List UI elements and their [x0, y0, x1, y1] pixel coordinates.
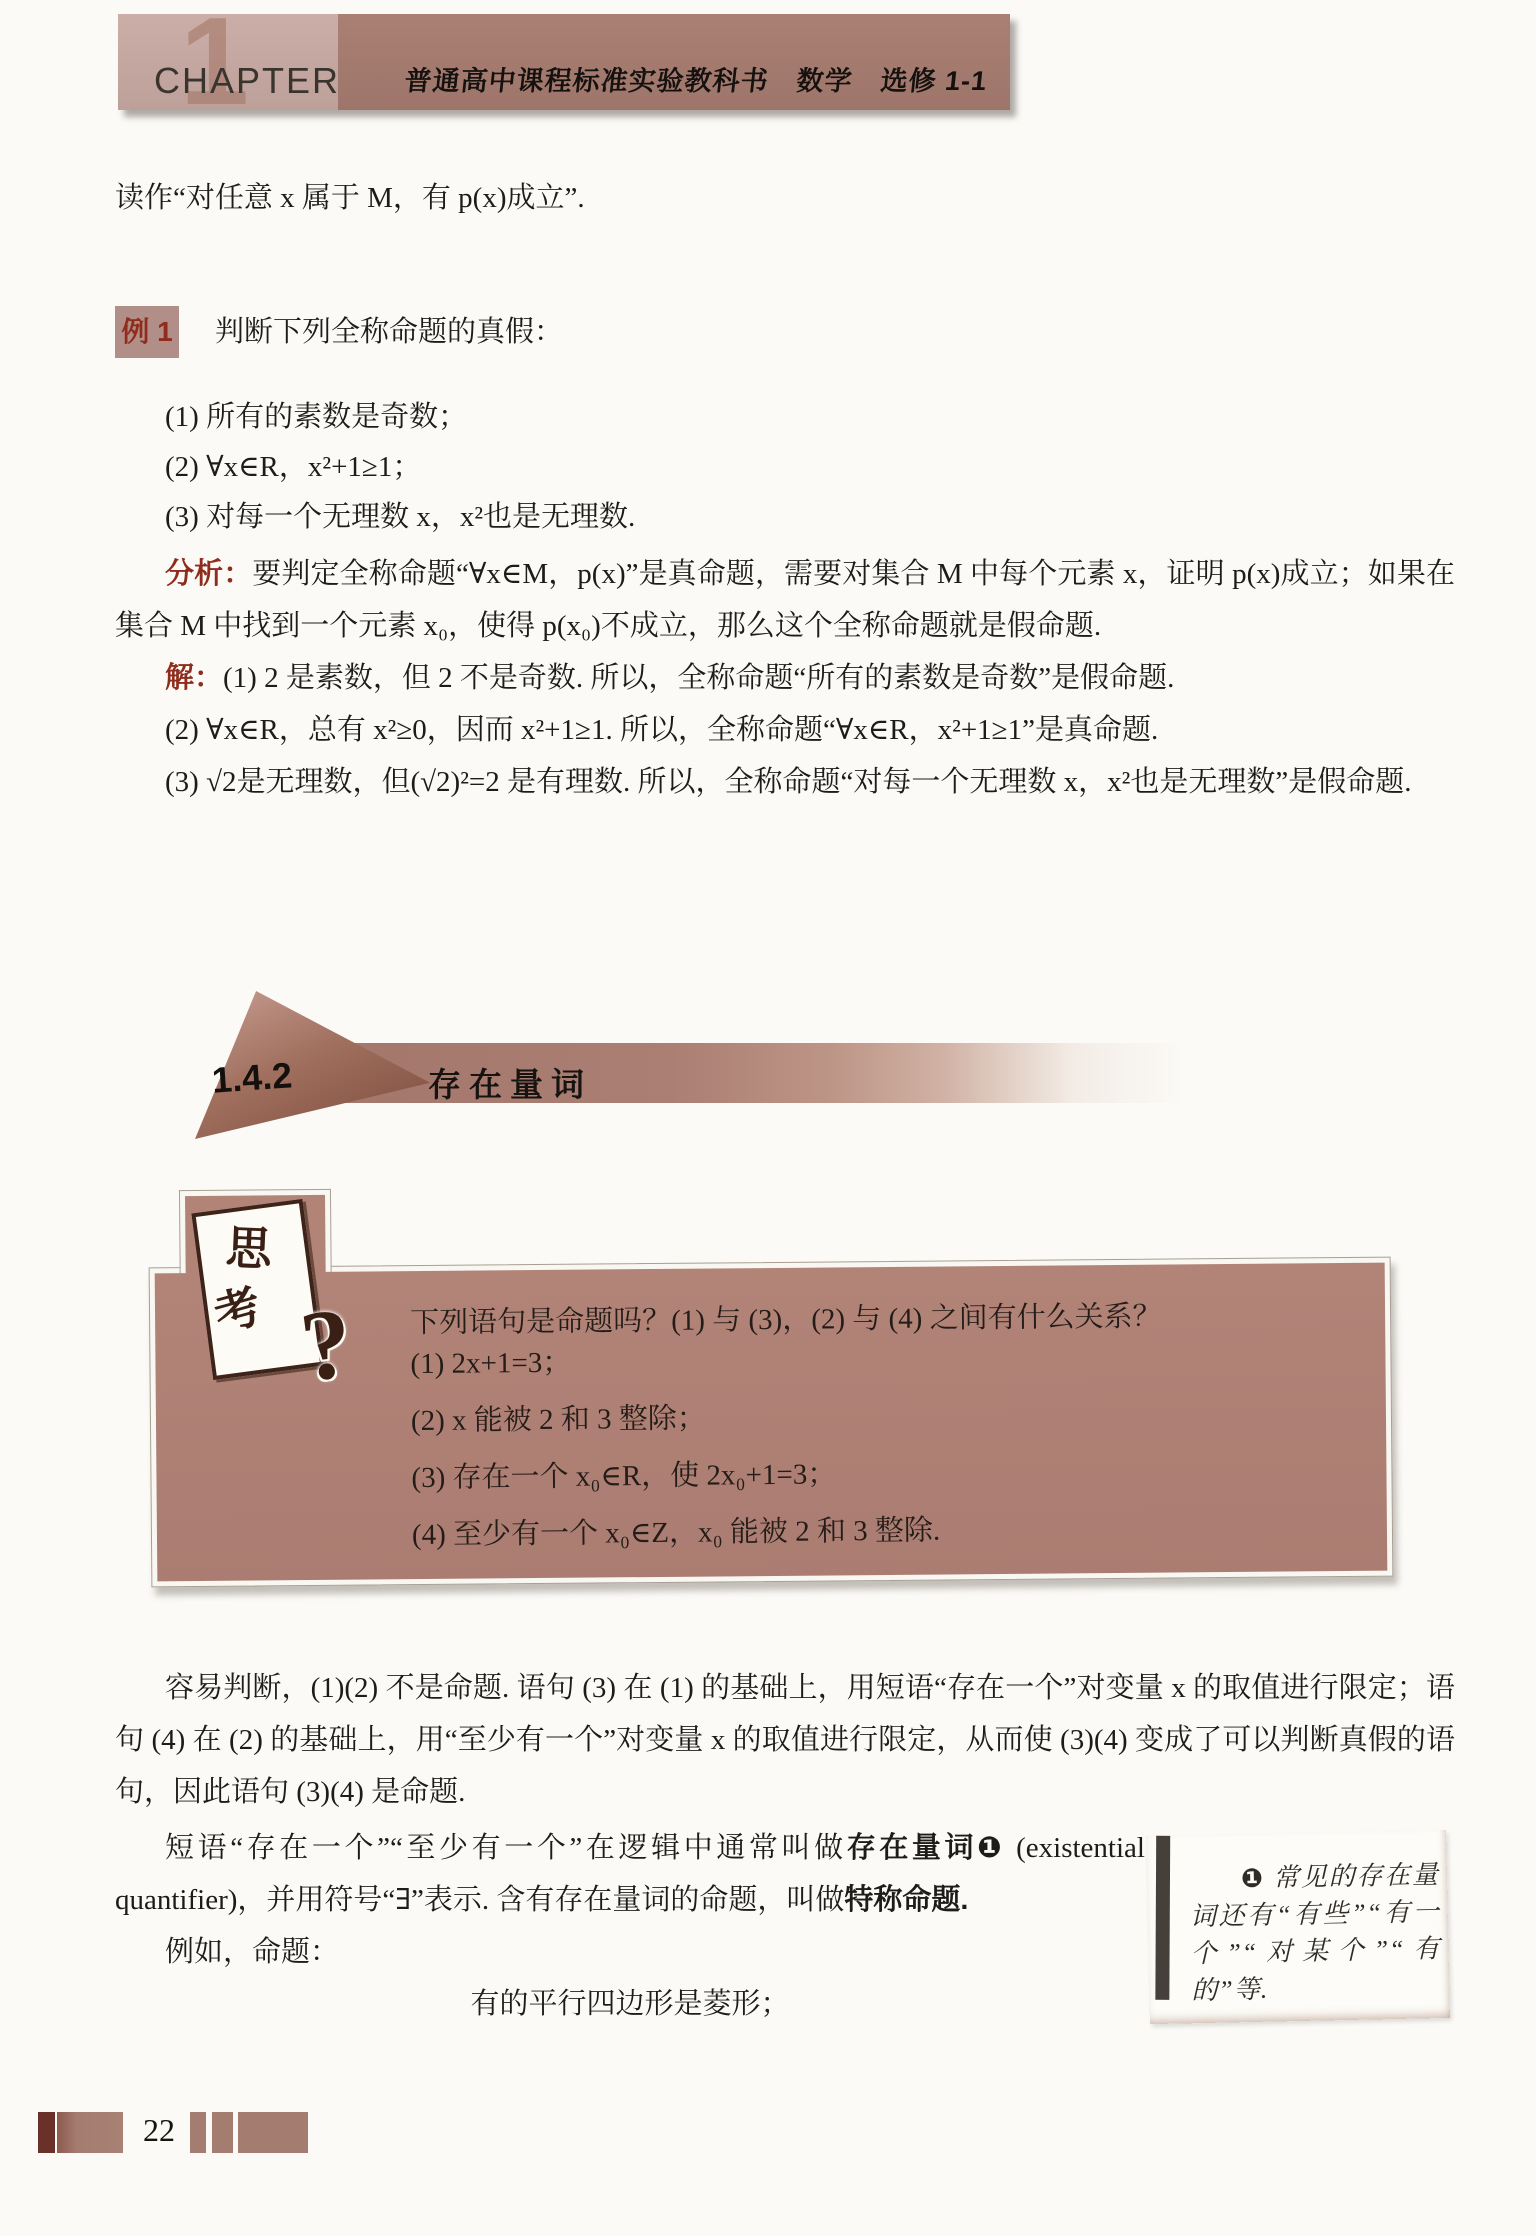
section-number: 1.4.2 — [211, 1054, 294, 1101]
solution-text-1: (1) 2 是素数，但 2 不是奇数. 所以，全称命题“所有的素数是奇数”是假命… — [223, 662, 1174, 694]
think-box: 思 考 ? 下列语句是命题吗？(1) 与 (3)，(2) 与 (4) 之间有什么… — [149, 1257, 1394, 1588]
term-particular-proposition: 特称命题. — [844, 1884, 968, 1916]
footer-block-wide-left — [57, 2112, 123, 2153]
section-header: 1.4.2 存在量词 — [140, 985, 1260, 1155]
analysis-paragraph: 分析：要判定全称命题“∀x∈M，p(x)”是真命题，需要对集合 M 中每个元素 … — [115, 548, 1455, 652]
example1-heading: 例 1 判断下列全称命题的真假： — [115, 306, 1455, 358]
analysis-text: 要判定全称命题“∀x∈M，p(x)”是真命题，需要对集合 M 中每个元素 x，证… — [115, 558, 1455, 642]
example1-badge: 例 1 — [115, 306, 179, 358]
think-item-4: (4) 至少有一个 x₀∈Z，x₀ 能被 2 和 3 整除. — [412, 1503, 941, 1565]
example1-item-1: (1) 所有的素数是奇数； — [115, 392, 1455, 442]
main-text-upper: 读作“对任意 x 属于 M，有 p(x)成立”. 例 1 判断下列全称命题的真假… — [115, 172, 1455, 808]
solution-paragraph-1: 解：(1) 2 是素数，但 2 不是奇数. 所以，全称命题“所有的素数是奇数”是… — [115, 652, 1455, 704]
example1-prompt: 判断下列全称命题的真假： — [215, 306, 563, 358]
footer-block-small-1 — [190, 2112, 206, 2153]
chapter-header-left: 1 CHAPTER — [118, 14, 338, 110]
chapter-header-band: 普通高中课程标准实验教科书 数学 选修 1-1 — [338, 14, 1010, 110]
chapter-header: 1 CHAPTER 普通高中课程标准实验教科书 数学 选修 1-1 — [118, 14, 1010, 110]
example-sentence: 有的平行四边形是菱形； — [115, 1978, 1145, 2030]
chapter-label: CHAPTER — [154, 60, 340, 102]
footnote-mark: ❶ — [977, 1832, 1005, 1864]
example1-item-3: (3) 对每一个无理数 x，x²也是无理数. — [115, 492, 1455, 542]
footer-block-dark — [38, 2112, 55, 2153]
think-icon: 思 考 ? — [191, 1199, 324, 1380]
book-title: 普通高中课程标准实验教科书 数学 选修 1-1 — [403, 59, 990, 98]
footer-block-wide-right — [238, 2112, 308, 2153]
think-items: (1) 2x+1=3； (2) x 能被 2 和 3 整除； (3) 存在一个 … — [410, 1332, 940, 1565]
margin-note-body: 常见的存在量词还有“有些”“有一个”“对某个”“有的”等. — [1189, 1860, 1440, 2005]
margin-note: ❶ 常见的存在量词还有“有些”“有一个”“对某个”“有的”等. — [1146, 1830, 1450, 2024]
term-existential-quantifier: 存在量词 — [847, 1832, 977, 1864]
margin-note-mark: ❶ — [1241, 1864, 1265, 1893]
discussion-paragraph: 容易判断，(1)(2) 不是命题. 语句 (3) 在 (1) 的基础上，用短语“… — [115, 1662, 1455, 1818]
analysis-label: 分析： — [165, 558, 252, 590]
intro-line: 读作“对任意 x 属于 M，有 p(x)成立”. — [115, 172, 1455, 224]
think-item-3: (3) 存在一个 x₀∈R，使 2x₀+1=3； — [411, 1446, 940, 1508]
example1-items: (1) 所有的素数是奇数； (2) ∀x∈R，x²+1≥1； (3) 对每一个无… — [115, 392, 1455, 542]
solution-label: 解： — [165, 662, 223, 694]
example1-item-2: (2) ∀x∈R，x²+1≥1； — [115, 442, 1455, 492]
margin-note-bar — [1155, 1836, 1170, 2000]
page-number: 22 — [133, 2112, 185, 2149]
think-item-2: (2) x 能被 2 和 3 整除； — [411, 1389, 940, 1451]
definition-part1: 短语“存在一个”“至少有一个”在逻辑中通常叫做 — [165, 1832, 847, 1864]
solution-paragraph-3: (3) √2是无理数，但(√2)²=2 是有理数. 所以，全称命题“对每一个无理… — [115, 756, 1455, 808]
definition-paragraph: 短语“存在一个”“至少有一个”在逻辑中通常叫做存在量词❶ (existentia… — [115, 1822, 1145, 1926]
think-item-1: (1) 2x+1=3； — [410, 1332, 939, 1394]
think-icon-char-bottom: 考 — [206, 1269, 268, 1345]
margin-note-text: ❶ 常见的存在量词还有“有些”“有一个”“对某个”“有的”等. — [1189, 1856, 1442, 2009]
textbook-page: 1 CHAPTER 普通高中课程标准实验教科书 数学 选修 1-1 读作“对任意… — [0, 0, 1536, 2236]
solution-paragraph-2: (2) ∀x∈R，总有 x²≥0，因而 x²+1≥1. 所以，全称命题“∀x∈R… — [115, 704, 1455, 756]
section-title: 存在量词 — [428, 1059, 592, 1106]
footer-block-small-2 — [212, 2112, 233, 2153]
